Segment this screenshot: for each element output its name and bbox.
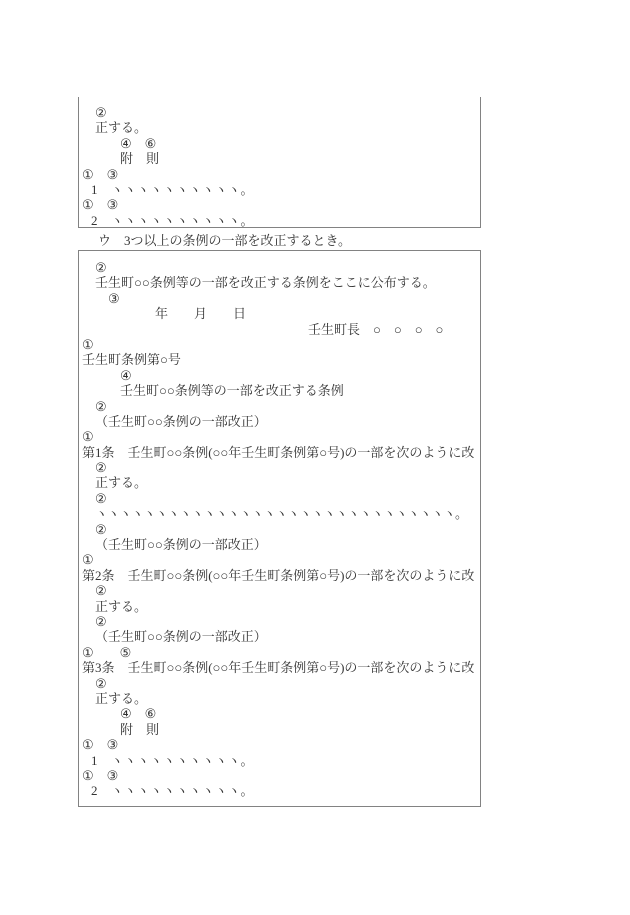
document-line: 年 月 日: [79, 306, 480, 321]
document-line: ④: [79, 368, 480, 383]
document-line: ① ③: [79, 197, 480, 212]
document-line: 正する。: [79, 599, 480, 614]
document-line: ①: [79, 552, 480, 567]
document-line: 1 ヽヽヽヽヽヽヽヽヽヽ。: [79, 753, 480, 768]
document-line: ②: [79, 460, 480, 475]
document-line: 第3条 壬生町○○条例(○○年壬生町条例第○号)の一部を次のように改: [79, 660, 480, 675]
document-line: 2 ヽヽヽヽヽヽヽヽヽヽ。: [79, 783, 480, 798]
document-line: ②: [79, 676, 480, 691]
document-line: 第1条 壬生町○○条例(○○年壬生町条例第○号)の一部を次のように改: [79, 445, 480, 460]
document-line: （壬生町○○条例の一部改正）: [79, 537, 480, 552]
document-line: ① ③: [79, 768, 480, 783]
section-caption: ウ 3つ以上の条例の一部を改正するとき。: [98, 233, 351, 248]
document-line: ②: [79, 522, 480, 537]
document-line: ① ③: [79, 167, 480, 182]
example-box-top: ②正する。④ ⑥附 則① ③1 ヽヽヽヽヽヽヽヽヽヽ。① ③2 ヽヽヽヽヽヽヽヽ…: [78, 97, 481, 228]
document-line: ②: [79, 583, 480, 598]
document-line: ①: [79, 429, 480, 444]
document-line: 正する。: [79, 691, 480, 706]
document-line: 附 則: [79, 722, 480, 737]
document-line: ④ ⑥: [79, 706, 480, 721]
document-line: （壬生町○○条例の一部改正）: [79, 414, 480, 429]
document-line: 壬生町○○条例等の一部を改正する条例: [79, 383, 480, 398]
document-line: 正する。: [79, 120, 480, 135]
document-line: ヽヽヽヽヽヽヽヽヽヽヽヽヽヽヽヽヽヽヽヽヽヽヽヽヽヽヽヽヽヽ。: [79, 506, 480, 521]
example-box-main: ②壬生町○○条例等の一部を改正する条例をここに公布する。③年 月 日壬生町長 ○…: [78, 250, 481, 807]
document-line: ②: [79, 491, 480, 506]
document-line: 1 ヽヽヽヽヽヽヽヽヽヽ。: [79, 182, 480, 197]
document-line: ②: [79, 105, 480, 120]
document-line: ②: [79, 399, 480, 414]
document-line: 壬生町条例第○号: [79, 352, 480, 367]
document-line: ②: [79, 260, 480, 275]
document-line: ① ③: [79, 737, 480, 752]
document-line: 第2条 壬生町○○条例(○○年壬生町条例第○号)の一部を次のように改: [79, 568, 480, 583]
document-line: 壬生町長 ○ ○ ○ ○: [79, 322, 480, 337]
document-line: 附 則: [79, 151, 480, 166]
document-line: ③: [79, 291, 480, 306]
document-line: ②: [79, 614, 480, 629]
document-line: ④ ⑥: [79, 136, 480, 151]
document-line: 壬生町○○条例等の一部を改正する条例をここに公布する。: [79, 275, 480, 290]
document-line: ① ⑤: [79, 645, 480, 660]
document-line: 2 ヽヽヽヽヽヽヽヽヽヽ。: [79, 213, 480, 228]
document-line: 正する。: [79, 475, 480, 490]
document-page: { "page": { "background": "#ffffff", "te…: [0, 0, 630, 915]
document-line: （壬生町○○条例の一部改正）: [79, 629, 480, 644]
document-line: ①: [79, 337, 480, 352]
